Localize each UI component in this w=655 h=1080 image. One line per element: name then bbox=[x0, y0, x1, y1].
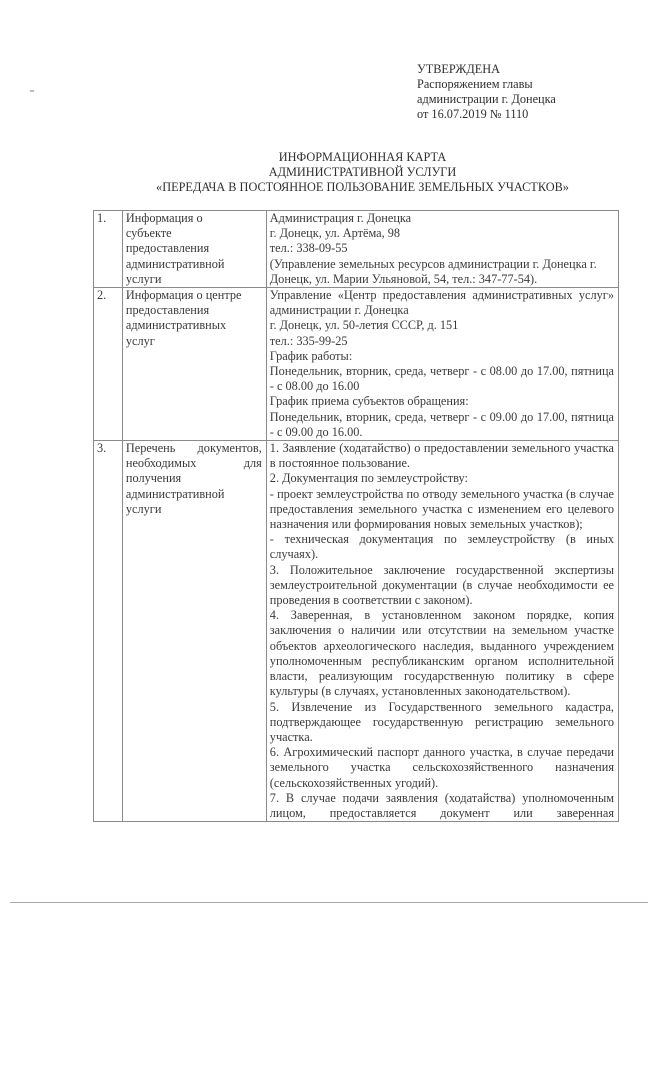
content-line: 4. Заверенная, в установленном законом п… bbox=[270, 608, 614, 699]
row-content: Администрация г. Донецка г. Донецк, ул. … bbox=[266, 211, 618, 288]
content-line: График работы: bbox=[270, 349, 614, 364]
content-line: 6. Агрохимический паспорт данного участк… bbox=[270, 745, 614, 791]
table-row: 3. Перечень документов, необходимых для … bbox=[94, 441, 619, 822]
row-content: Управление «Центр предоставления админис… bbox=[266, 288, 618, 441]
approval-line: УТВЕРЖДЕНА bbox=[417, 62, 556, 77]
approval-stamp: УТВЕРЖДЕНА Распоряжением главы администр… bbox=[417, 62, 556, 122]
row-label: Перечень документов, необходимых для пол… bbox=[122, 441, 266, 822]
content-line: Администрация г. Донецка bbox=[270, 211, 614, 226]
approval-line: от 16.07.2019 № 1110 bbox=[417, 107, 556, 122]
title-line: ИНФОРМАЦИОННАЯ КАРТА bbox=[0, 150, 655, 165]
content-line: 3. Положительное заключение государствен… bbox=[270, 563, 614, 609]
row-number: 1. bbox=[94, 211, 123, 288]
content-line: тел.: 338-09-55 bbox=[270, 241, 614, 256]
content-line: тел.: 335-99-25 bbox=[270, 334, 614, 349]
row-label: Информация о центре предоставления админ… bbox=[122, 288, 266, 441]
row-label-text: Информация о центре предоставления админ… bbox=[126, 288, 251, 349]
content-line: 1. Заявление (ходатайство) о предоставле… bbox=[270, 441, 614, 471]
content-line: г. Донецк, ул. Артёма, 98 bbox=[270, 226, 614, 241]
approval-line: администрации г. Донецка bbox=[417, 92, 556, 107]
table-row: 2. Информация о центре предоставления ад… bbox=[94, 288, 619, 441]
page-separator-line bbox=[10, 902, 648, 903]
content-line: Понедельник, вторник, среда, четверг - с… bbox=[270, 410, 614, 440]
document-title: ИНФОРМАЦИОННАЯ КАРТА АДМИНИСТРАТИВНОЙ УС… bbox=[0, 150, 655, 195]
content-line: 5. Извлечение из Государственного земель… bbox=[270, 700, 614, 746]
row-label-text: Перечень документов, необходимых для пол… bbox=[126, 441, 262, 517]
content-line: (Управление земельных ресурсов администр… bbox=[270, 257, 614, 287]
row-content: 1. Заявление (ходатайство) о предоставле… bbox=[266, 441, 618, 822]
content-line: - техническая документация по землеустро… bbox=[270, 532, 614, 562]
approval-line: Распоряжением главы bbox=[417, 77, 556, 92]
content-line: Управление «Центр предоставления админис… bbox=[270, 288, 614, 318]
content-line: - проект землеустройства по отводу земел… bbox=[270, 487, 614, 533]
row-number: 3. bbox=[94, 441, 123, 822]
row-number: 2. bbox=[94, 288, 123, 441]
title-line: АДМИНИСТРАТИВНОЙ УСЛУГИ bbox=[0, 165, 655, 180]
content-line: Понедельник, вторник, среда, четверг - с… bbox=[270, 364, 614, 394]
info-card-table: 1. Информация о субъекте предоставления … bbox=[93, 210, 619, 822]
table-row: 1. Информация о субъекте предоставления … bbox=[94, 211, 619, 288]
content-line: г. Донецк, ул. 50-летия СССР, д. 151 bbox=[270, 318, 614, 333]
content-line: 7. В случае подачи заявления (ходатайств… bbox=[270, 791, 614, 821]
scan-speck bbox=[30, 90, 34, 92]
content-line: График приема субъектов обращения: bbox=[270, 394, 614, 409]
row-label: Информация о субъекте предоставления адм… bbox=[122, 211, 266, 288]
content-line: 2. Документация по землеустройству: bbox=[270, 471, 614, 486]
row-label-text: Информация о субъекте предоставления адм… bbox=[126, 211, 246, 287]
title-line: «ПЕРЕДАЧА В ПОСТОЯННОЕ ПОЛЬЗОВАНИЕ ЗЕМЕЛ… bbox=[0, 180, 655, 195]
